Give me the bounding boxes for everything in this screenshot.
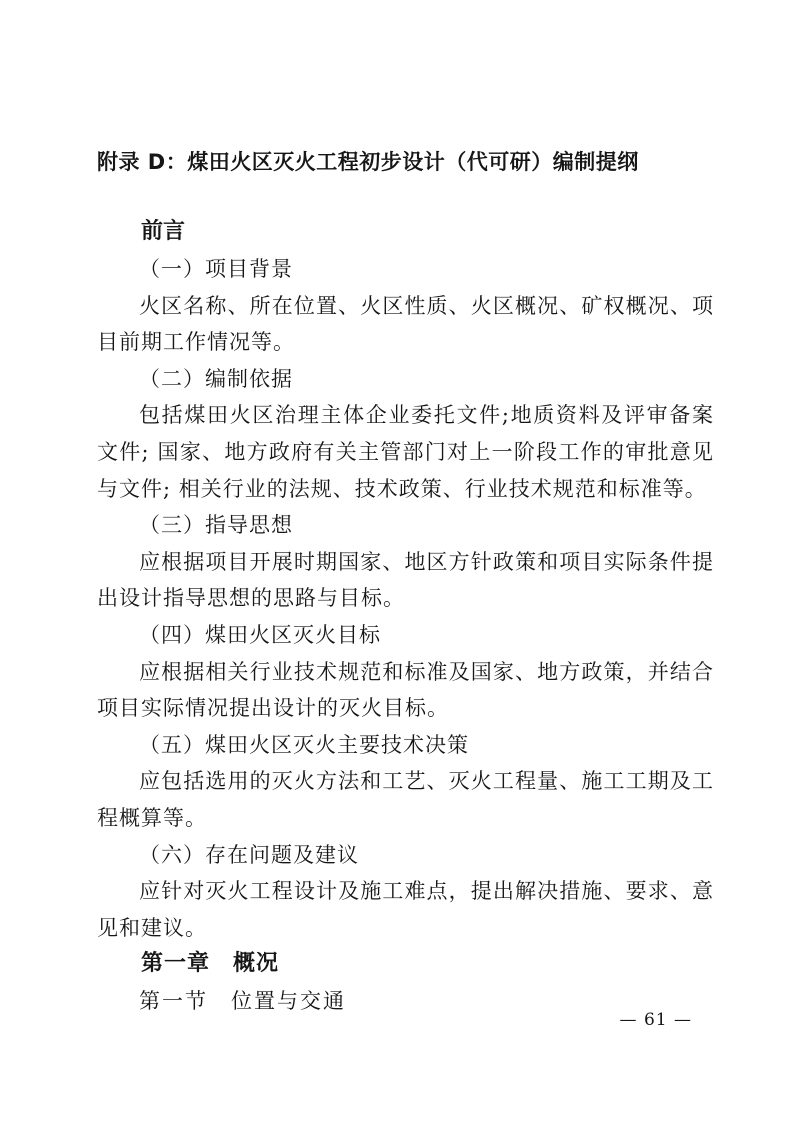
subsection-heading-6: （六）存在问题及建议 (97, 837, 714, 874)
chapter-heading: 第一章 概况 (97, 946, 714, 983)
document-content: 附录 D：煤田火区灭火工程初步设计（代可研）编制提纲 前言 （一）项目背景 火区… (97, 143, 714, 1020)
subsection-heading-2: （二）编制依据 (97, 361, 714, 398)
preface-heading: 前言 (97, 213, 714, 251)
paragraph-3: 应根据项目开展时期国家、地区方针政策和项目实际条件提出设计指导思想的思路与目标。 (97, 544, 714, 617)
document-page: 附录 D：煤田火区灭火工程初步设计（代可研）编制提纲 前言 （一）项目背景 火区… (0, 0, 793, 1122)
page-number: — 61 — (620, 1008, 692, 1032)
paragraph-1: 火区名称、所在位置、火区性质、火区概况、矿权概况、项目前期工作情况等。 (97, 288, 714, 361)
paragraph-5: 应包括选用的灭火方法和工艺、灭火工程量、施工工期及工程概算等。 (97, 763, 714, 836)
subsection-heading-4: （四）煤田火区灭火目标 (97, 617, 714, 654)
paragraph-4: 应根据相关行业技术规范和标准及国家、地方政策，并结合项目实际情况提出设计的灭火目… (97, 654, 714, 727)
subsection-heading-3: （三）指导思想 (97, 507, 714, 544)
subsection-heading-1: （一）项目背景 (97, 251, 714, 288)
paragraph-2: 包括煤田火区治理主体企业委托文件;地质资料及评审备案文件; 国家、地方政府有关主… (97, 397, 714, 507)
document-title: 附录 D：煤田火区灭火工程初步设计（代可研）编制提纲 (97, 143, 714, 181)
subsection-heading-5: （五）煤田火区灭火主要技术决策 (97, 727, 714, 764)
paragraph-6: 应针对灭火工程设计及施工难点，提出解决措施、要求、意见和建议。 (97, 873, 714, 946)
